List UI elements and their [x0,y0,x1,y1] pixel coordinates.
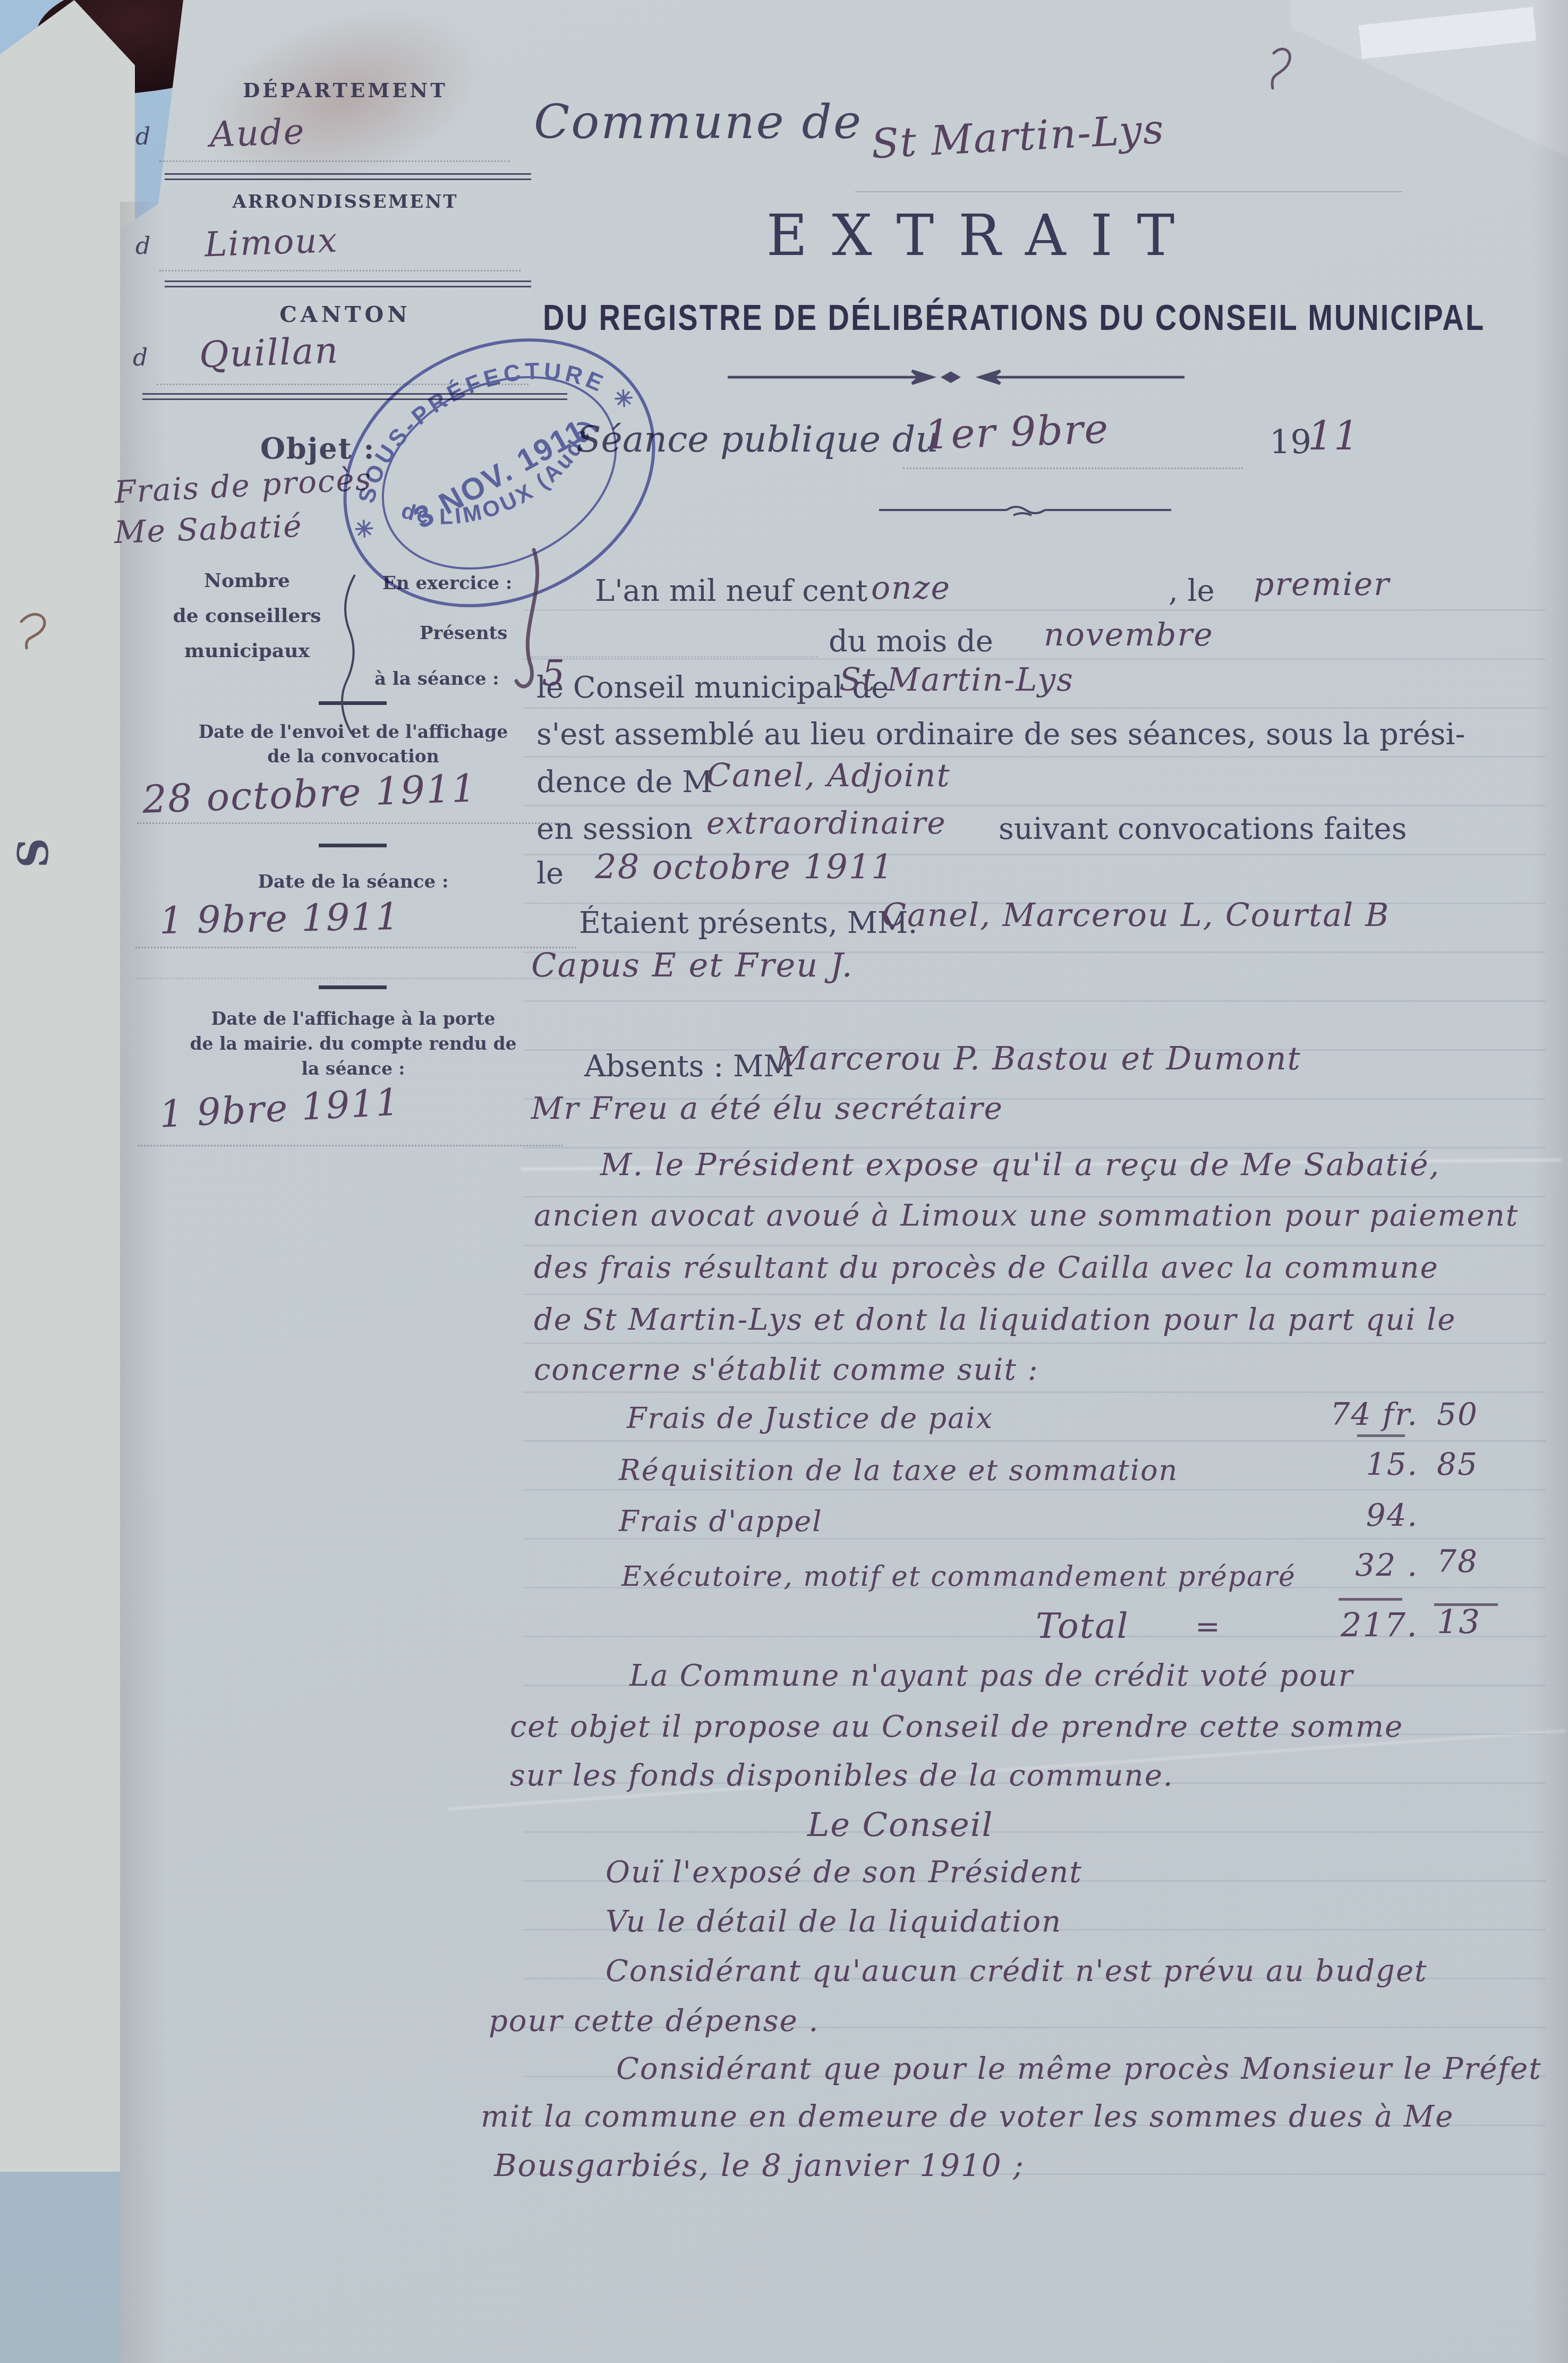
conseillers-brace [342,575,355,734]
illegible-ink-stroke [516,550,538,686]
ink-mark [1272,49,1290,88]
ink-marks-overlay [0,0,1568,2363]
scanned-document: S DÉPARTEMENT d Aude ARRONDISSEMENT d Li… [0,0,1568,2363]
ink-mark [21,614,45,648]
